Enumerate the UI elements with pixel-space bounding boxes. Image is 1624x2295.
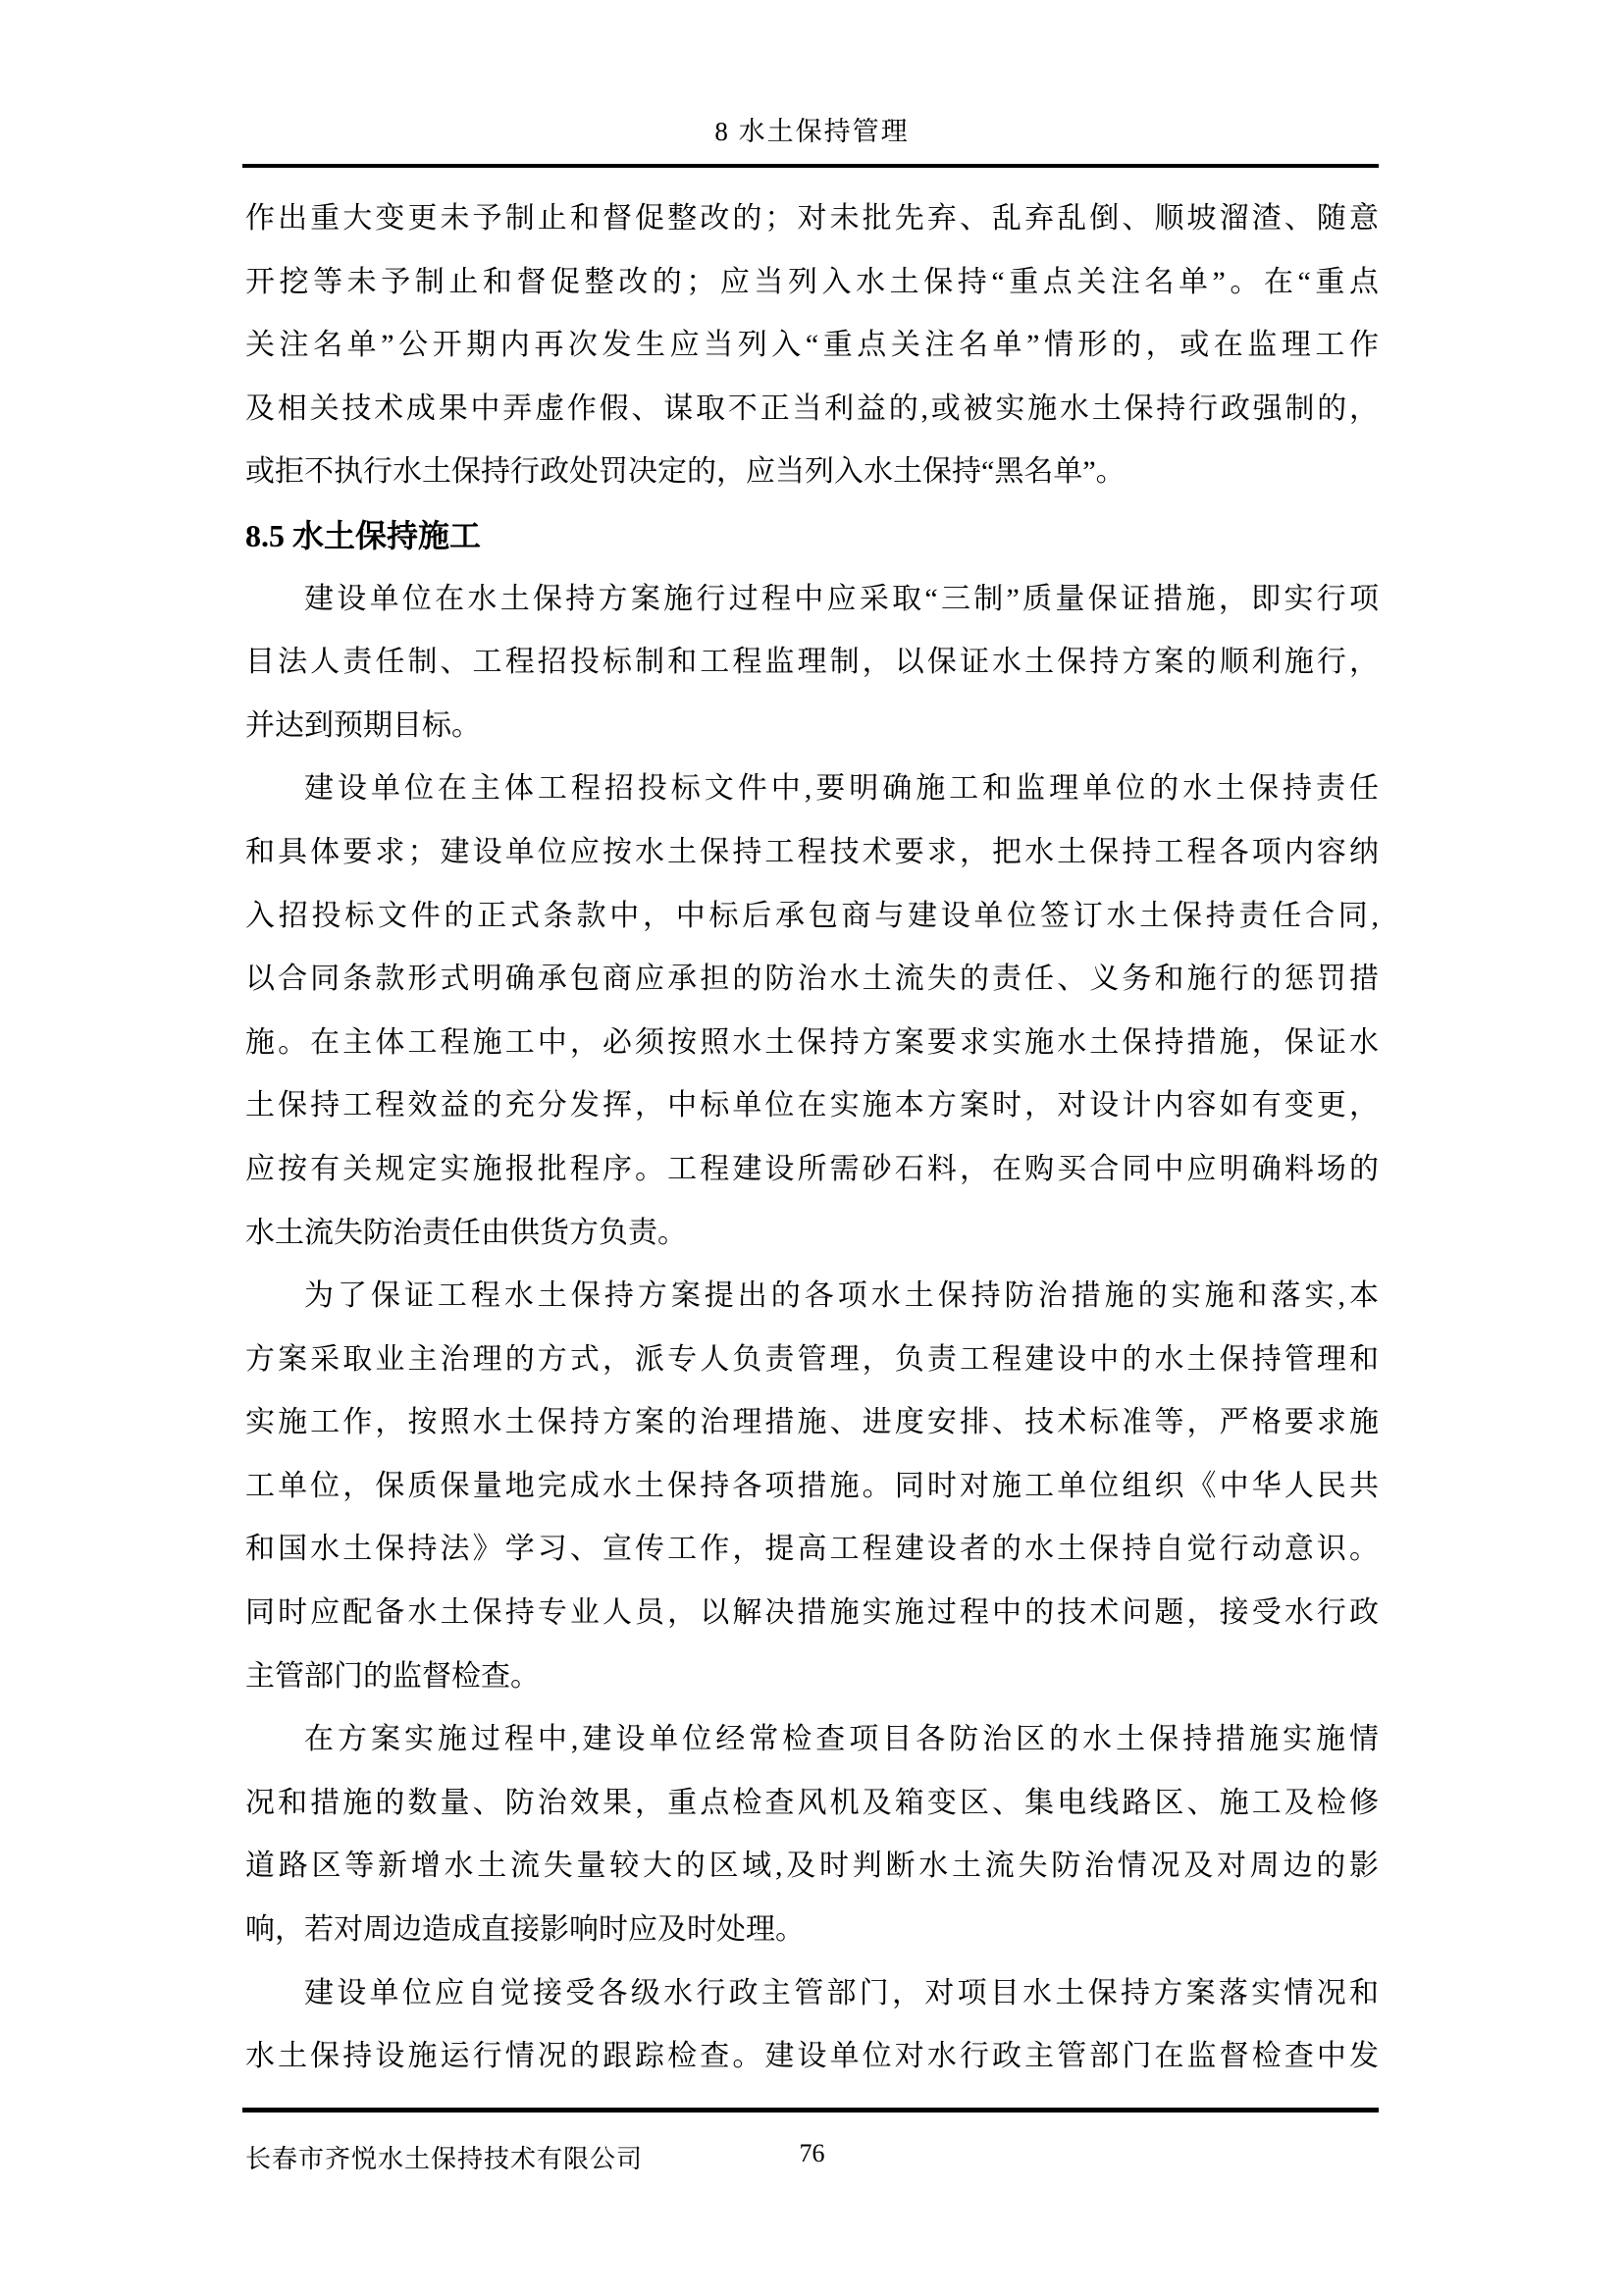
body-line: 作出重大变更未予制止和督促整改的；对未批先弃、乱弃乱倒、顺坡溜渣、随意 <box>245 187 1379 251</box>
paragraph: 作出重大变更未予制止和督促整改的；对未批先弃、乱弃乱倒、顺坡溜渣、随意 开挖等未… <box>245 187 1379 504</box>
body-line: 在方案实施过程中,建设单位经常检查项目各防治区的水土保持措施实施情 <box>245 1708 1379 1772</box>
body-line: 道路区等新增水土流失量较大的区域,及时判断水土流失防治情况及对周边的影 <box>245 1835 1379 1899</box>
body-line: 或拒不执行水土保持行政处罚决定的，应当列入水土保持“黑名单”。 <box>245 441 1379 504</box>
body-line: 方案采取业主治理的方式，派专人负责管理，负责工程建设中的水土保持管理和 <box>245 1329 1379 1392</box>
body-line: 为了保证工程水土保持方案提出的各项水土保持防治措施的实施和落实,本 <box>245 1265 1379 1329</box>
body-line: 和具体要求；建设单位应按水土保持工程技术要求，把水土保持工程各项内容纳 <box>245 821 1379 885</box>
document-page: 8 水土保持管理 作出重大变更未予制止和督促整改的；对未批先弃、乱弃乱倒、顺坡溜… <box>0 0 1624 2295</box>
body-line: 响，若对周边造成直接影响时应及时处理。 <box>245 1899 1379 1962</box>
body-line: 工单位，保质保量地完成水土保持各项措施。同时对施工单位组织《中华人民共 <box>245 1455 1379 1519</box>
paragraph: 建设单位应自觉接受各级水行政主管部门，对项目水土保持方案落实情况和 水土保持设施… <box>245 1962 1379 2089</box>
body-line: 主管部门的监督检查。 <box>245 1645 1379 1709</box>
body-line: 建设单位在主体工程招投标文件中,要明确施工和监理单位的水土保持责任 <box>245 757 1379 821</box>
body-line: 目法人责任制、工程招投标制和工程监理制，以保证水土保持方案的顺利施行， <box>245 631 1379 695</box>
body-line: 以合同条款形式明确承包商应承担的防治水土流失的责任、义务和施行的惩罚措 <box>245 948 1379 1012</box>
body-line: 开挖等未予制止和督促整改的；应当列入水土保持“重点关注名单”。在“重点 <box>245 251 1379 315</box>
paragraph: 在方案实施过程中,建设单位经常检查项目各防治区的水土保持措施实施情 况和措施的数… <box>245 1708 1379 1961</box>
header-rule <box>242 164 1379 168</box>
page-number: 76 <box>245 2139 1379 2168</box>
body-line: 建设单位应自觉接受各级水行政主管部门，对项目水土保持方案落实情况和 <box>245 1962 1379 2026</box>
paragraph: 建设单位在水土保持方案施行过程中应采取“三制”质量保证措施，即实行项 目法人责任… <box>245 568 1379 758</box>
document-body: 作出重大变更未予制止和督促整改的；对未批先弃、乱弃乱倒、顺坡溜渣、随意 开挖等未… <box>245 187 1379 2089</box>
body-line: 同时应配备水土保持专业人员，以解决措施实施过程中的技术问题，接受水行政 <box>245 1582 1379 1645</box>
body-line: 土保持工程效益的充分发挥，中标单位在实施本方案时，对设计内容如有变更， <box>245 1074 1379 1138</box>
body-line: 关注名单”公开期内再次发生应当列入“重点关注名单”情形的，或在监理工作 <box>245 314 1379 378</box>
body-line: 况和措施的数量、防治效果，重点检查风机及箱变区、集电线路区、施工及检修 <box>245 1772 1379 1836</box>
paragraph: 为了保证工程水土保持方案提出的各项水土保持防治措施的实施和落实,本 方案采取业主… <box>245 1265 1379 1708</box>
body-line: 建设单位在水土保持方案施行过程中应采取“三制”质量保证措施，即实行项 <box>245 568 1379 632</box>
body-line: 施。在主体工程施工中，必须按照水土保持方案要求实施水土保持措施，保证水 <box>245 1012 1379 1075</box>
body-line: 水土流失防治责任由供货方负责。 <box>245 1202 1379 1266</box>
paragraph: 建设单位在主体工程招投标文件中,要明确施工和监理单位的水土保持责任 和具体要求；… <box>245 757 1379 1265</box>
body-line: 实施工作，按照水土保持方案的治理措施、进度安排、技术标准等，严格要求施 <box>245 1391 1379 1455</box>
section-heading: 8.5 水土保持施工 <box>245 504 1379 568</box>
body-line: 并达到预期目标。 <box>245 695 1379 758</box>
body-line: 水土保持设施运行情况的跟踪检查。建设单位对水行政主管部门在监督检查中发 <box>245 2025 1379 2089</box>
running-header: 8 水土保持管理 <box>245 110 1379 148</box>
body-line: 和国水土保持法》学习、宣传工作，提高工程建设者的水土保持自觉行动意识。 <box>245 1518 1379 1582</box>
body-line: 及相关技术成果中弄虚作假、谋取不正当利益的,或被实施水土保持行政强制的， <box>245 378 1379 442</box>
body-line: 入招投标文件的正式条款中，中标后承包商与建设单位签订水土保持责任合同, <box>245 885 1379 949</box>
body-line: 应按有关规定实施报批程序。工程建设所需砂石料，在购买合同中应明确料场的 <box>245 1138 1379 1202</box>
footer-rule <box>242 2108 1379 2112</box>
